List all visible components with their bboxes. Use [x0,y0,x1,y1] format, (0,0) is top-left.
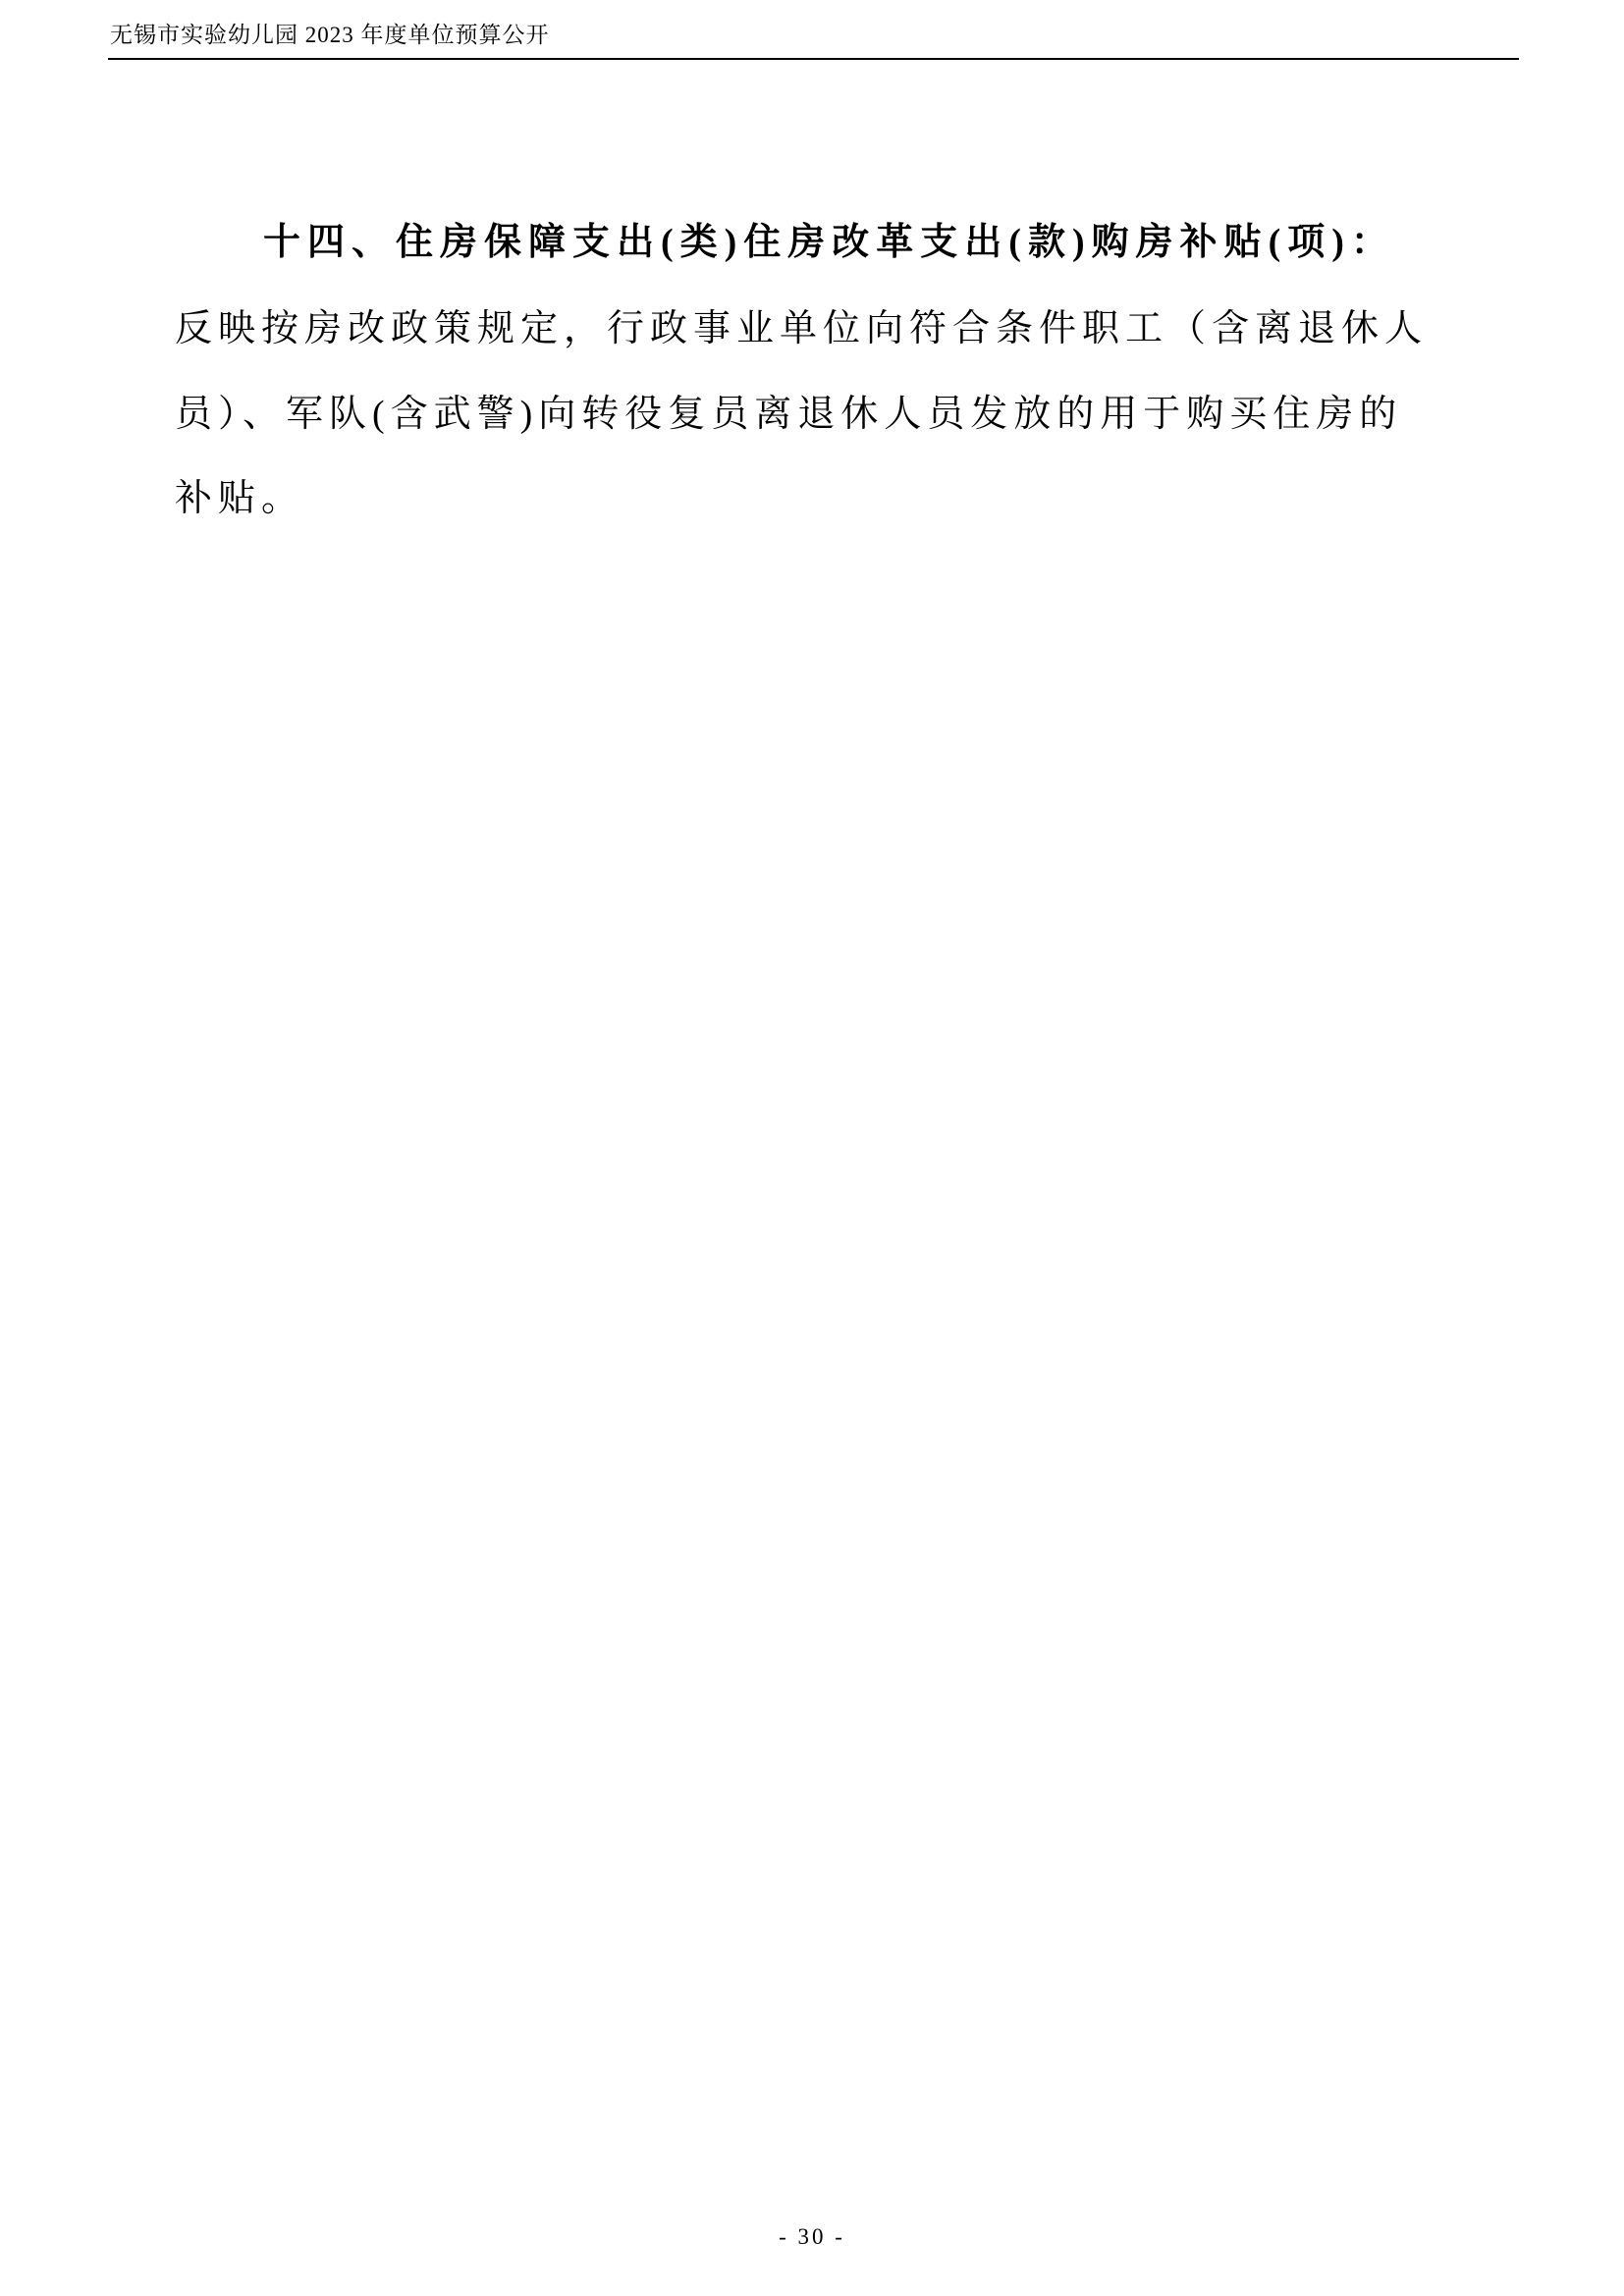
document-page: 无锡市实验幼儿园 2023 年度单位预算公开 十四、住房保障支出(类)住房改革支… [0,0,1624,2296]
header-title: 无锡市实验幼儿园 2023 年度单位预算公开 [110,22,550,49]
paragraph-line-2: 员）、军队(含武警)向转役复员离退休人员发放的用于购买住房的 [175,392,1402,437]
paragraph-line-3: 补贴。 [175,476,304,521]
paragraph-line-1: 反映按房改政策规定，行政事业单位向符合条件职工（含离退休人 [175,306,1428,351]
section-heading: 十四、住房保障支出(类)住房改革支出(款)购房补贴(项)： [263,220,1395,265]
header-rule [108,58,1519,60]
page-number: - 30 - [0,2222,1624,2252]
